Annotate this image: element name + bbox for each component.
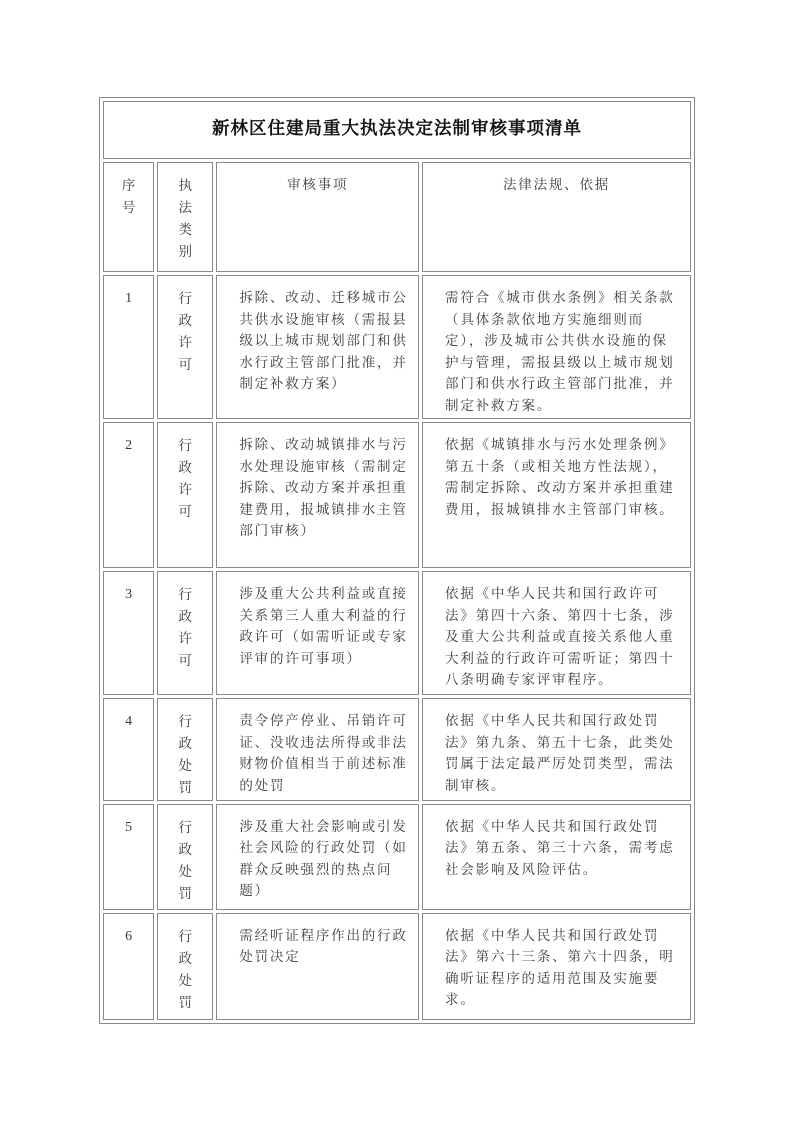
- review-item: 拆除、改动、迁移城市公共供水设施审核（需报县级以上城市规划部门和供水行政主管部门…: [216, 275, 419, 419]
- document-title: 新林区住建局重大执法决定法制审核事项清单: [103, 101, 691, 159]
- legal-basis: 依据《中华人民共和国行政处罚法》第九条、第五十七条，此类处罚属于法定最严厉处罚类…: [422, 698, 691, 801]
- column-header-item: 审核事项: [216, 162, 419, 272]
- row-number: 3: [103, 571, 154, 695]
- legal-basis: 需符合《城市供水条例》相关条款（具体条款依地方实施细则而定），涉及城市公共供水设…: [422, 275, 691, 419]
- column-header-no: 序号: [103, 162, 154, 272]
- table-row: 6 行政处罚 需经听证程序作出的行政处罚决定 依据《中华人民共和国行政处罚法》第…: [103, 913, 691, 1020]
- table-row: 4 行政处罚 责令停产停业、吊销许可证、没收违法所得或非法财物价值相当于前述标准…: [103, 698, 691, 801]
- column-header-law: 法律法规、依据: [422, 162, 691, 272]
- review-item: 涉及重大公共利益或直接关系第三人重大利益的行政许可（如需听证或专家评审的许可事项…: [216, 571, 419, 695]
- legal-basis: 依据《中华人民共和国行政处罚法》第五条、第三十六条，需考虑社会影响及风险评估。: [422, 804, 691, 910]
- review-item: 拆除、改动城镇排水与污水处理设施审核（需制定拆除、改动方案并承担重建费用，报城镇…: [216, 422, 419, 568]
- legal-basis: 依据《中华人民共和国行政许可法》第四十六条、第四十七条，涉及重大公共利益或直接关…: [422, 571, 691, 695]
- row-number: 4: [103, 698, 154, 801]
- table-row: 1 行政许可 拆除、改动、迁移城市公共供水设施审核（需报县级以上城市规划部门和供…: [103, 275, 691, 419]
- enforcement-type: 行政处罚: [157, 913, 213, 1020]
- enforcement-type: 行政许可: [157, 275, 213, 419]
- legal-basis: 依据《城镇排水与污水处理条例》第五十条（或相关地方性法规），需制定拆除、改动方案…: [422, 422, 691, 568]
- column-header-type: 执法类别: [157, 162, 213, 272]
- row-number: 5: [103, 804, 154, 910]
- enforcement-type: 行政处罚: [157, 698, 213, 801]
- document-page: 新林区住建局重大执法决定法制审核事项清单 序号 执法类别 审核事项 法律法规、依…: [99, 97, 695, 1024]
- table-row: 2 行政许可 拆除、改动城镇排水与污水处理设施审核（需制定拆除、改动方案并承担重…: [103, 422, 691, 568]
- title-row: 新林区住建局重大执法决定法制审核事项清单: [103, 101, 691, 159]
- review-item: 责令停产停业、吊销许可证、没收违法所得或非法财物价值相当于前述标准的处罚: [216, 698, 419, 801]
- enforcement-type: 行政许可: [157, 422, 213, 568]
- row-number: 2: [103, 422, 154, 568]
- table-row: 5 行政处罚 涉及重大社会影响或引发社会风险的行政处罚（如群众反映强烈的热点问题…: [103, 804, 691, 910]
- row-number: 6: [103, 913, 154, 1020]
- review-item: 涉及重大社会影响或引发社会风险的行政处罚（如群众反映强烈的热点问题）: [216, 804, 419, 910]
- table-row: 3 行政许可 涉及重大公共利益或直接关系第三人重大利益的行政许可（如需听证或专家…: [103, 571, 691, 695]
- enforcement-type: 行政处罚: [157, 804, 213, 910]
- enforcement-type: 行政许可: [157, 571, 213, 695]
- header-row: 序号 执法类别 审核事项 法律法规、依据: [103, 162, 691, 272]
- legal-basis: 依据《中华人民共和国行政处罚法》第六十三条、第六十四条，明确听证程序的适用范围及…: [422, 913, 691, 1020]
- row-number: 1: [103, 275, 154, 419]
- review-item: 需经听证程序作出的行政处罚决定: [216, 913, 419, 1020]
- review-items-table: 新林区住建局重大执法决定法制审核事项清单 序号 执法类别 审核事项 法律法规、依…: [99, 97, 695, 1024]
